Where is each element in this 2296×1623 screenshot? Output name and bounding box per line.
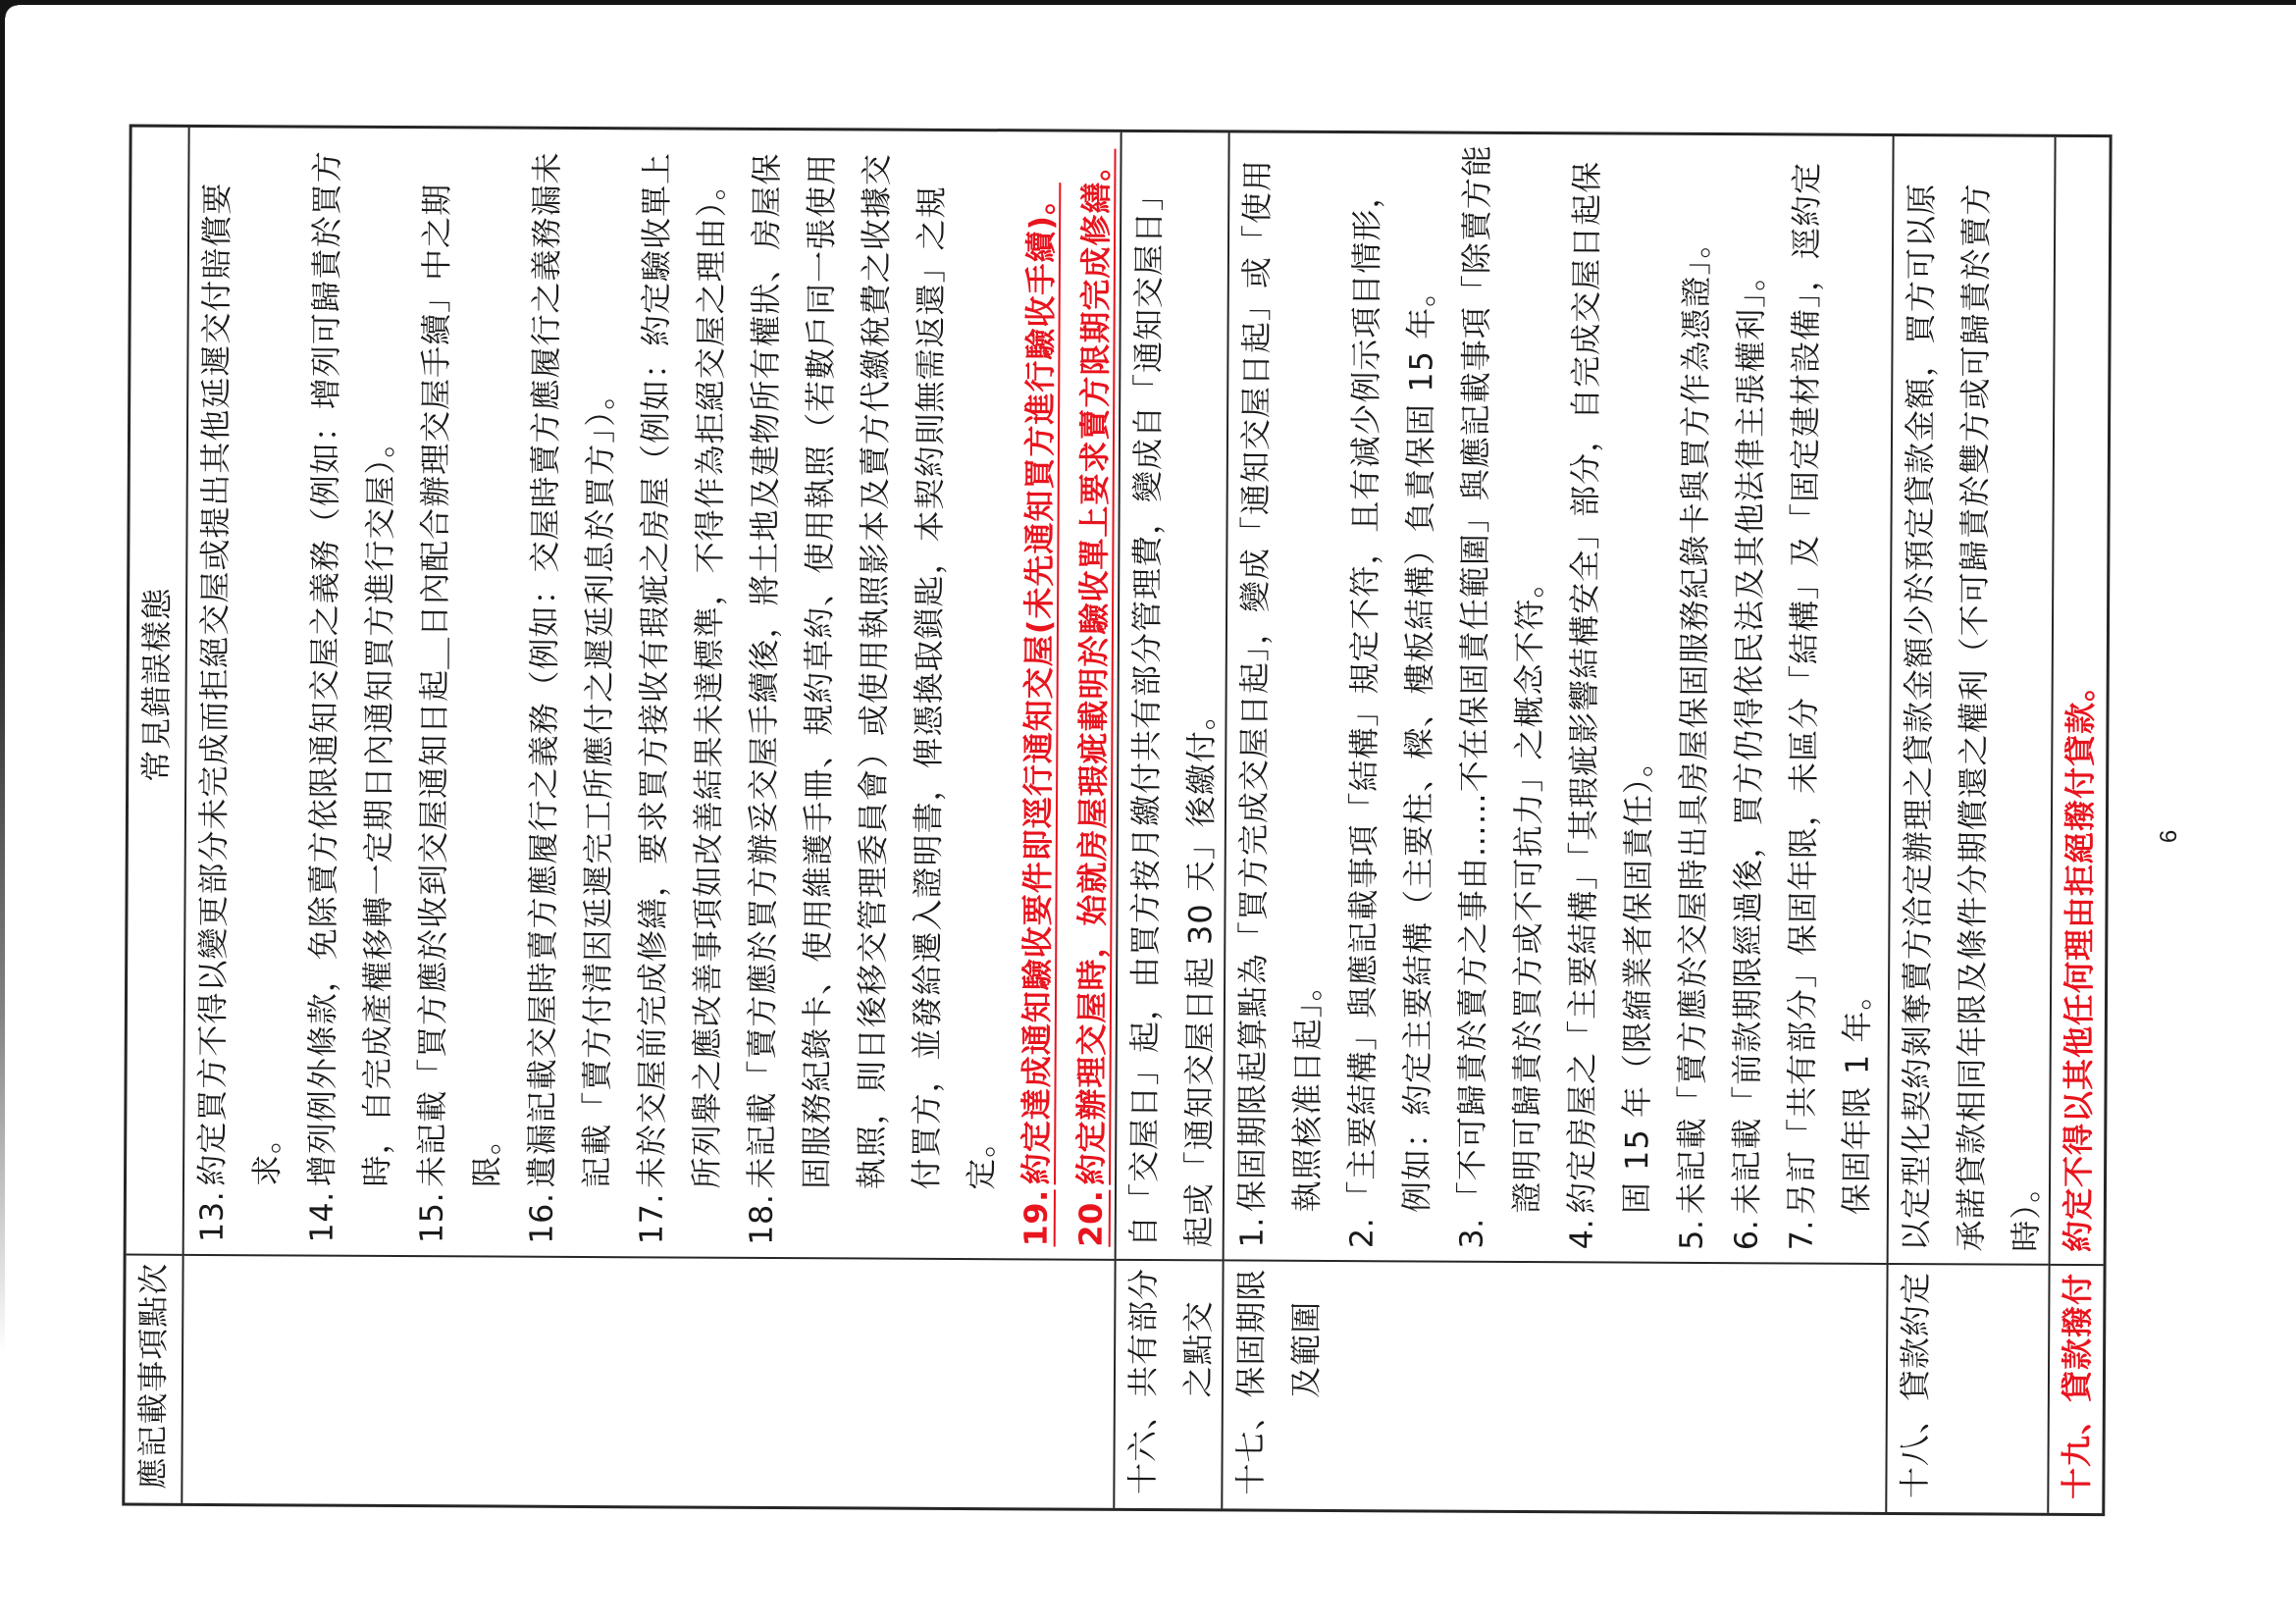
error-item: 18. 未記載「賣方應於買方辦妥交屋手續後，將土地及建物所有權狀、房屋保 固服務… — [734, 131, 1015, 1246]
error-item: 自「交屋日」起，由買方按月繳付共有部分管理費，變成自「通知交屋日」 起或「通知交… — [1117, 132, 1232, 1248]
clause-title-line: 及範圍 — [1278, 1262, 1334, 1398]
header-clause-column: 應記載事項點次 — [125, 1254, 182, 1503]
table-row-clause-18: 十八、 貸款約定 以定型化契約剝奪賣方洽定辦理之貸款金額少於預定貸款金額，買方可… — [1885, 136, 2054, 1513]
clause-number: 十八、 — [1887, 1401, 1943, 1498]
error-item: 4. 約定房屋之「主要結構」「其瑕疵影響結構安全」部分，自完成交屋日起保 固 1… — [1554, 134, 1670, 1250]
error-item-number: 2. — [1334, 1212, 1389, 1248]
clause-number: 十七、 — [1223, 1397, 1278, 1494]
error-item-line: 例如：約定主要結構（主要柱、樑、樓板結構）負責保固 15 年。 — [1389, 133, 1450, 1213]
error-patterns-table: 應記載事項點次 常見錯誤樣態 13. 約定買方不得以變更部分未完成而拒絕交屋或提… — [122, 125, 2112, 1517]
error-item-number: 18. — [734, 1188, 789, 1245]
header-errors-column: 常見錯誤樣態 — [127, 128, 188, 1254]
clause-title-line: 貸款撥付 — [2050, 1266, 2106, 1402]
errors-cell: 13. 約定買方不得以變更部分未完成而拒絕交屋或提出其他延遲交付賠償要 求。 1… — [184, 128, 1121, 1259]
error-item-line: 執照核准日起」。 — [1279, 133, 1340, 1213]
error-item-number: 15. — [404, 1187, 459, 1244]
errors-cell: 約定不得以其他任何理由拒絕撥付貸款。 — [2051, 137, 2110, 1264]
error-item-line: 以定型化契約剝奪賣方洽定辦理之貸款金額少於預定貸款金額，買方可以原 — [1889, 136, 1950, 1251]
header-clause-label: 應記載事項點次 — [125, 1256, 181, 1490]
error-item-line: 證明可歸責於買方或不可抗力」之概念不符。 — [1499, 134, 1560, 1214]
clause-number: 十六、 — [1115, 1397, 1171, 1494]
clause-title-line: 保固期限 — [1224, 1261, 1279, 1397]
error-item-line: 約定達成通知驗收要件即逕行通知交屋(未先通知買方進行驗收手續)。 — [1009, 131, 1070, 1184]
clause-cell: 十六、 共有部分 之點交 — [1115, 1259, 1222, 1509]
error-item-line: 所列舉之應改善事項如改善結果未達標準，不得作為拒絕交屋之理由）。 — [679, 131, 740, 1189]
header-errors-label: 常見錯誤樣態 — [127, 128, 187, 1242]
clause-cell: 十七、 保固期限 及範圍 — [1223, 1259, 1886, 1512]
scanned-page-viewport: 應記載事項點次 常見錯誤樣態 13. 約定買方不得以變更部分未完成而拒絕交屋或提… — [0, 0, 2296, 1623]
error-item: 14. 增列例外條款，免除賣方依限通知交屋之義務（例如：增列可歸責於買方 時，自… — [294, 128, 410, 1243]
error-item-line: 另訂「共有部分」保固年限，未區分「結構」及「固定建材設備」，逕約定 — [1774, 135, 1835, 1215]
errors-cell: 1. 保固期限起算點為「買方完成交屋日起」，變成「通知交屋日起」或「使用 執照核… — [1225, 132, 1893, 1263]
error-item-number: 4. — [1554, 1214, 1609, 1250]
error-item: 2. 「主要結構」與應記載事項「結構」規定不符，且有減少例示項目情形， 例如：約… — [1334, 133, 1450, 1249]
error-item-line: 保固年限 1 年。 — [1829, 136, 1890, 1216]
table-row-clause-19: 十九、 貸款撥付 約定不得以其他任何理由拒絕撥付貸款。 — [2047, 137, 2109, 1513]
error-item: 17. 未於交屋前完成修繕，要求買方接收有瑕疵之房屋（例如：約定驗收單上 所列舉… — [624, 130, 740, 1245]
clause-cell — [183, 1254, 1114, 1508]
error-item-line: 自「交屋日」起，由買方按月繳付共有部分管理費，變成自「通知交屋日」 — [1117, 132, 1177, 1247]
error-item-number: 7. — [1774, 1215, 1829, 1251]
error-item: 16. 遺漏記載交屋時賣方應履行之義務（例如：交屋時賣方應履行之義務漏未 記載「… — [514, 130, 630, 1245]
error-item-line: 時，自完成產權移轉一定期日內通知買方進行交屋）。 — [349, 129, 410, 1187]
error-item-line: 固服務紀錄卡、使用維護手冊、規約草約、使用執照（若數戶同一張使用 — [789, 131, 850, 1189]
error-item-line: 起或「通知交屋日起 30 天」後繳付。 — [1172, 132, 1232, 1247]
clause-title-line: 之點交 — [1171, 1261, 1226, 1397]
error-item-line: 約定房屋之「主要結構」「其瑕疵影響結構安全」部分，自完成交屋日起保 — [1554, 134, 1615, 1214]
error-item-line: 保固期限起算點為「買方完成交屋日起」，變成「通知交屋日起」或「使用 — [1225, 132, 1285, 1212]
error-item-number: 20. — [1064, 1184, 1119, 1246]
error-item-line: 未記載「買方應於收到交屋通知日起＿日內配合辦理交屋手續」中之期 — [404, 129, 465, 1187]
clause-cell: 十八、 貸款約定 — [1887, 1263, 2048, 1513]
error-item-highlighted: 19. 約定達成通知驗收要件即逕行通知交屋(未先通知買方進行驗收手續)。 — [1009, 131, 1070, 1246]
error-item-line: 增列例外條款，免除賣方依限通知交屋之義務（例如：增列可歸責於買方 — [294, 128, 355, 1186]
error-item-line: 未記載「賣方應於交屋時出具房屋保固服務紀錄卡與買方作為憑證」。 — [1664, 135, 1725, 1215]
error-item-line: 「主要結構」與應記載事項「結構」規定不符，且有減少例示項目情形， — [1334, 133, 1395, 1213]
table-row-clause-16: 十六、 共有部分 之點交 自「交屋日」起，由買方按月繳付共有部分管理費，變成自「… — [1113, 132, 1227, 1509]
error-item-line: 記載「賣方付清因延遲完工所應付之遲延利息於買方」）。 — [569, 130, 630, 1188]
error-item-line: 「不可歸責於賣方之事由……不在保固責任範圍」與應記載事項「除賣方能 — [1444, 134, 1505, 1214]
error-item: 15. 未記載「買方應於收到交屋通知日起＿日內配合辦理交屋手續」中之期 限。 — [404, 129, 520, 1244]
table-row-continuation: 13. 約定買方不得以變更部分未完成而拒絕交屋或提出其他延遲交付賠償要 求。 1… — [181, 128, 1120, 1508]
error-item-line: 限。 — [459, 129, 520, 1187]
clause-title-line: 共有部分 — [1116, 1261, 1172, 1397]
error-item: 以定型化契約剝奪賣方洽定辦理之貸款金額少於預定貸款金額，買方可以原 承諾貸款相同… — [1889, 136, 2060, 1252]
error-item-line: 固 15 年（限縮業者保固責任）。 — [1609, 134, 1670, 1214]
error-item-highlighted: 20. 約定辦理交屋時，始就房屋瑕疵載明於驗收單上要求賣方限期完成修繕。 — [1064, 132, 1124, 1247]
error-item-number: 19. — [1009, 1184, 1064, 1246]
error-item: 1. 保固期限起算點為「買方完成交屋日起」，變成「通知交屋日起」或「使用 執照核… — [1225, 132, 1340, 1248]
error-item: 5. 未記載「賣方應於交屋時出具房屋保固服務紀錄卡與買方作為憑證」。 — [1664, 135, 1725, 1250]
error-item: 7. 另訂「共有部分」保固年限，未區分「結構」及「固定建材設備」，逕約定 保固年… — [1774, 135, 1890, 1251]
error-item-line: 時）。 — [1999, 137, 2060, 1252]
table-header-row: 應記載事項點次 常見錯誤樣態 — [125, 128, 187, 1503]
error-item-line: 未記載「賣方應於買方辦妥交屋手續後，將土地及建物所有權狀、房屋保 — [734, 131, 795, 1189]
error-item-line: 求。 — [239, 128, 300, 1186]
error-item-line: 未記載「前款期限經過後，買方仍得依民法及其他法律主張權利」。 — [1719, 135, 1780, 1215]
error-item: 13. 約定買方不得以變更部分未完成而拒絕交屋或提出其他延遲交付賠償要 求。 — [184, 128, 300, 1243]
error-item-line: 未於交屋前完成修繕，要求買方接收有瑕疵之房屋（例如：約定驗收單上 — [624, 130, 685, 1188]
error-item-number: 14. — [294, 1186, 349, 1243]
error-item-number: 6. — [1719, 1215, 1774, 1251]
clause-cell: 十九、 貸款撥付 — [2049, 1264, 2103, 1513]
clause-number: 十九、 — [2049, 1402, 2105, 1499]
error-item-number: 3. — [1444, 1213, 1499, 1249]
error-item-number: 17. — [624, 1188, 679, 1245]
error-item-number: 13. — [184, 1185, 239, 1242]
error-item-line: 承諾貸款相同年限及條件分期償還之權利（不可歸責於雙方或可歸責於賣方 — [1944, 136, 2005, 1251]
error-item-line: 約定買方不得以變更部分未完成而拒絕交屋或提出其他延遲交付賠償要 — [184, 128, 245, 1186]
error-item-line: 約定辦理交屋時，始就房屋瑕疵載明於驗收單上要求賣方限期完成修繕。 — [1064, 132, 1124, 1185]
error-item-line: 付買方，並發給遷入證明書，俾憑換取鎖匙，本契約則無需返還」之規 — [899, 131, 960, 1190]
error-item-highlighted: 約定不得以其他任何理由拒絕撥付貸款。 — [2051, 137, 2112, 1252]
error-item-line: 遺漏記載交屋時賣方應履行之義務（例如：交屋時賣方應履行之義務漏未 — [514, 130, 575, 1188]
error-item-line: 執照，則日後移交管理委員會）或使用執照影本及賣方代繳稅費之收據交 — [844, 131, 905, 1189]
error-item-number: 1. — [1225, 1212, 1279, 1248]
table-row-clause-17: 十七、 保固期限 及範圍 1. 保固期限起算點為「買方完成交屋日起」，變成「通知… — [1221, 132, 1892, 1512]
page-number: 6 — [2157, 824, 2182, 848]
error-item: 6. 未記載「前款期限經過後，買方仍得依民法及其他法律主張權利」。 — [1719, 135, 1780, 1250]
error-item-line: 定。 — [954, 131, 1015, 1190]
error-item-line: 約定不得以其他任何理由拒絕撥付貸款。 — [2051, 137, 2112, 1252]
document-page: 應記載事項點次 常見錯誤樣態 13. 約定買方不得以變更部分未完成而拒絕交屋或提… — [0, 0, 2296, 1623]
clause-title-line: 貸款約定 — [1888, 1265, 1944, 1401]
error-item: 3. 「不可歸責於賣方之事由……不在保固責任範圍」與應記載事項「除賣方能 證明可… — [1444, 134, 1560, 1250]
error-item-number: 16. — [514, 1187, 569, 1244]
errors-cell: 自「交屋日」起，由買方按月繳付共有部分管理費，變成自「通知交屋日」 起或「通知交… — [1117, 132, 1228, 1260]
error-item-number: 5. — [1664, 1214, 1719, 1250]
errors-cell: 以定型化契約剝奪賣方洽定辦理之貸款金額少於預定貸款金額，買方可以原 承諾貸款相同… — [1889, 136, 2055, 1264]
